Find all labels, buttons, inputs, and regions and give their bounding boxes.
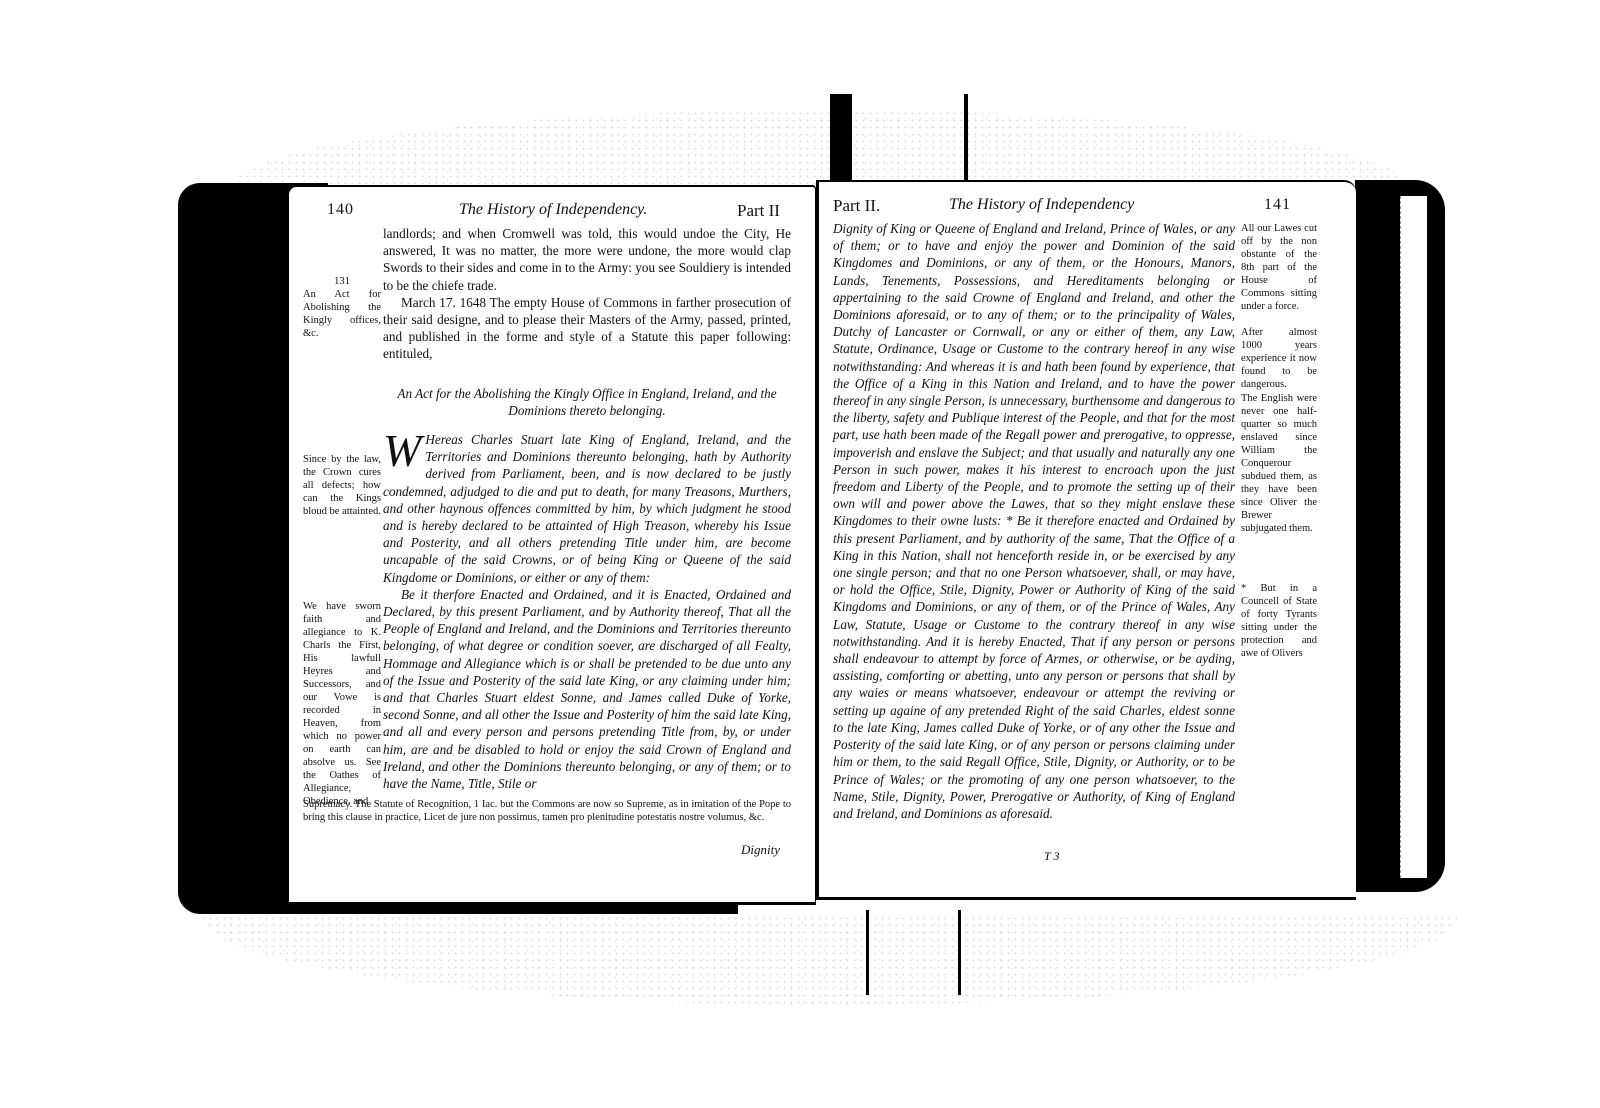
spine-line-top (964, 94, 968, 184)
running-title: The History of Independency. (459, 201, 647, 219)
scan-noise-top (230, 110, 1410, 190)
footnote: Supremacy. The Statute of Recognition, 1… (303, 798, 791, 824)
page-number: 140 (327, 201, 354, 219)
margin-note: After almost 1000 years experience it no… (1241, 326, 1317, 391)
paragraph: landlords; and when Cromwell was told, t… (383, 225, 791, 294)
spine-shadow-top (830, 94, 852, 184)
signature-mark: T 3 (1044, 849, 1059, 864)
margin-note: All our Lawes cut off by the non obstant… (1241, 222, 1317, 313)
spine-line-bottom-left (866, 910, 869, 995)
running-title: The History of Independency (949, 196, 1134, 214)
drop-cap: W (383, 433, 421, 469)
page-number: 141 (1264, 196, 1291, 214)
part-label: Part II. (833, 196, 880, 216)
margin-note: The English were never one half-quarter … (1241, 392, 1317, 535)
margin-note: * But in a Councell of State of forty Ty… (1241, 582, 1317, 660)
page-block-edge (1400, 196, 1427, 878)
catchword: Dignity (741, 842, 780, 858)
act-paragraph-text: Hereas Charles Stuart late King of Engla… (383, 432, 791, 585)
left-page: 140 The History of Independency. Part II… (286, 185, 816, 905)
margin-note-text: An Act for Abolishing the Kingly offices… (303, 288, 381, 340)
act-paragraph: WHereas Charles Stuart late King of Engl… (383, 431, 791, 586)
margin-note: We have sworn faith and allegiance to K.… (303, 600, 381, 808)
right-page: Part II. The History of Independency 141… (816, 180, 1356, 900)
margin-note: 131 An Act for Abolishing the Kingly off… (303, 275, 381, 340)
part-label: Part II (737, 201, 780, 221)
paragraph: March 17. 1648 The empty House of Common… (383, 294, 791, 363)
scan-noise-bottom (200, 915, 1460, 1005)
main-text: landlords; and when Cromwell was told, t… (383, 225, 791, 792)
margin-note-number: 131 (303, 275, 381, 288)
main-text: Dignity of King or Queene of England and… (833, 220, 1235, 822)
margin-note: Since by the law, the Crown cures all de… (303, 453, 381, 518)
spine-line-bottom-right (958, 910, 961, 995)
act-paragraph: Be it therfore Enacted and Ordained, and… (383, 586, 791, 792)
act-title: An Act for the Abolishing the Kingly Off… (383, 385, 791, 419)
